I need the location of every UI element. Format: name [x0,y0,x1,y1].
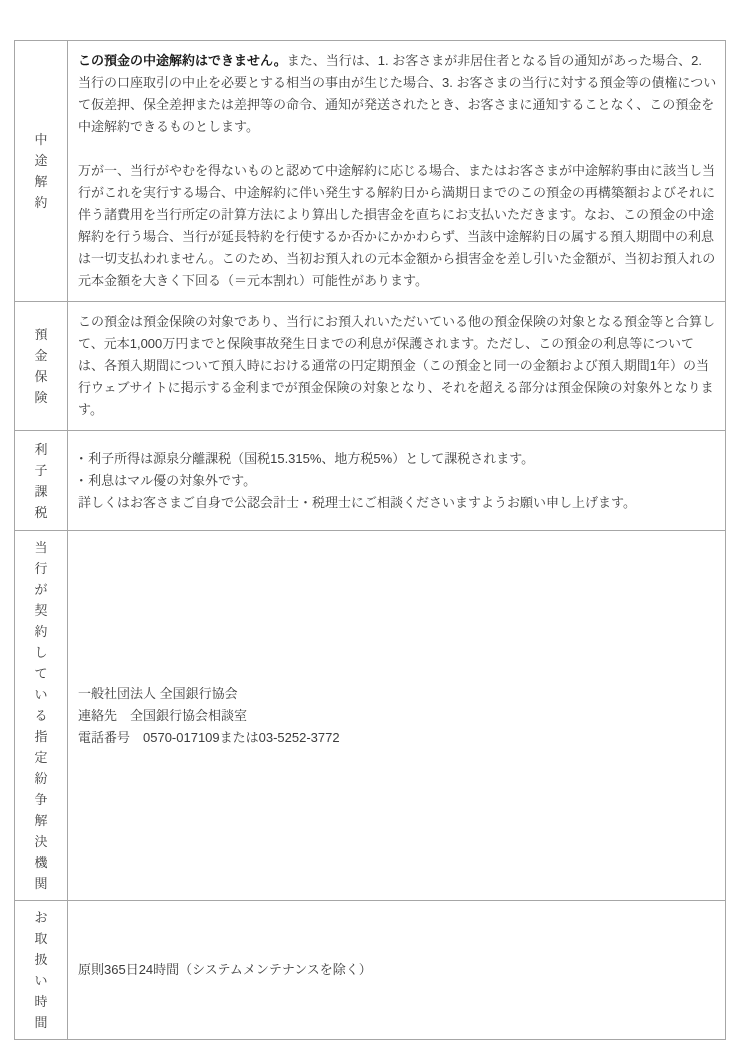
dispute-phone-number: 電話番号 0570-017109または03-5252-3772 [78,727,717,749]
row-content-dispute-resolution: 一般社団法人 全国銀行協会 連絡先 全国銀行協会相談室 電話番号 0570-01… [68,531,726,901]
row-header-deposit-insurance: 預 金 保 険 [15,302,68,431]
bold-lead-text: この預金の中途解約はできません。 [78,53,287,68]
row-content-service-hours: 原則365日24時間（システムメンテナンスを除く） [68,901,726,1040]
tax-item-consult-note: 詳しくはお客さまご自身で公認会計士・税理士にご相談くださいますようお願い申し上げ… [78,492,717,514]
paragraph-termination-policy: この預金の中途解約はできません。また、当行は、1. お客さまが非居住者となる旨の… [78,50,717,138]
table-row-dispute-resolution: 当 行 が 契 約 し て い る 指 定 紛 争 解 決 機 関 一般社団法人… [15,531,726,901]
row-header-interest-tax: 利 子 課 税 [15,431,68,531]
service-hours-text: 原則365日24時間（システムメンテナンスを除く） [78,959,717,981]
row-content-interest-tax: ･ 利子所得は源泉分離課税（国税15.315%、地方税5%）として課税されます。… [68,431,726,531]
paragraph-termination-penalty: 万が一、当行がやむを得ないものと認めて中途解約に応じる場合、またはお客さまが中途… [78,160,717,292]
paragraph-deposit-insurance: この預金は預金保険の対象であり、当行にお預入れいただいている他の預金保険の対象と… [78,311,717,421]
dispute-organization-name: 一般社団法人 全国銀行協会 [78,683,717,705]
row-header-dispute-resolution: 当 行 が 契 約 し て い る 指 定 紛 争 解 決 機 関 [15,531,68,901]
row-header-service-hours: お 取 扱 い 時 間 [15,901,68,1040]
deposit-terms-table: 中 途 解 約 この預金の中途解約はできません。また、当行は、1. お客さまが非… [14,40,726,1040]
document-page: 中 途 解 約 この預金の中途解約はできません。また、当行は、1. お客さまが非… [0,0,740,1048]
row-content-early-termination: この預金の中途解約はできません。また、当行は、1. お客さまが非居住者となる旨の… [68,41,726,302]
row-content-deposit-insurance: この預金は預金保険の対象であり、当行にお預入れいただいている他の預金保険の対象と… [68,302,726,431]
tax-item-withholding: ･ 利子所得は源泉分離課税（国税15.315%、地方税5%）として課税されます。 [78,448,717,470]
table-row-early-termination: 中 途 解 約 この預金の中途解約はできません。また、当行は、1. お客さまが非… [15,41,726,302]
row-header-early-termination: 中 途 解 約 [15,41,68,302]
tax-item-maruyu: ･ 利息はマル優の対象外です。 [78,470,717,492]
table-row-service-hours: お 取 扱 い 時 間 原則365日24時間（システムメンテナンスを除く） [15,901,726,1040]
table-row-deposit-insurance: 預 金 保 険 この預金は預金保険の対象であり、当行にお預入れいただいている他の… [15,302,726,431]
dispute-contact-office: 連絡先 全国銀行協会相談室 [78,705,717,727]
table-row-interest-tax: 利 子 課 税 ･ 利子所得は源泉分離課税（国税15.315%、地方税5%）とし… [15,431,726,531]
